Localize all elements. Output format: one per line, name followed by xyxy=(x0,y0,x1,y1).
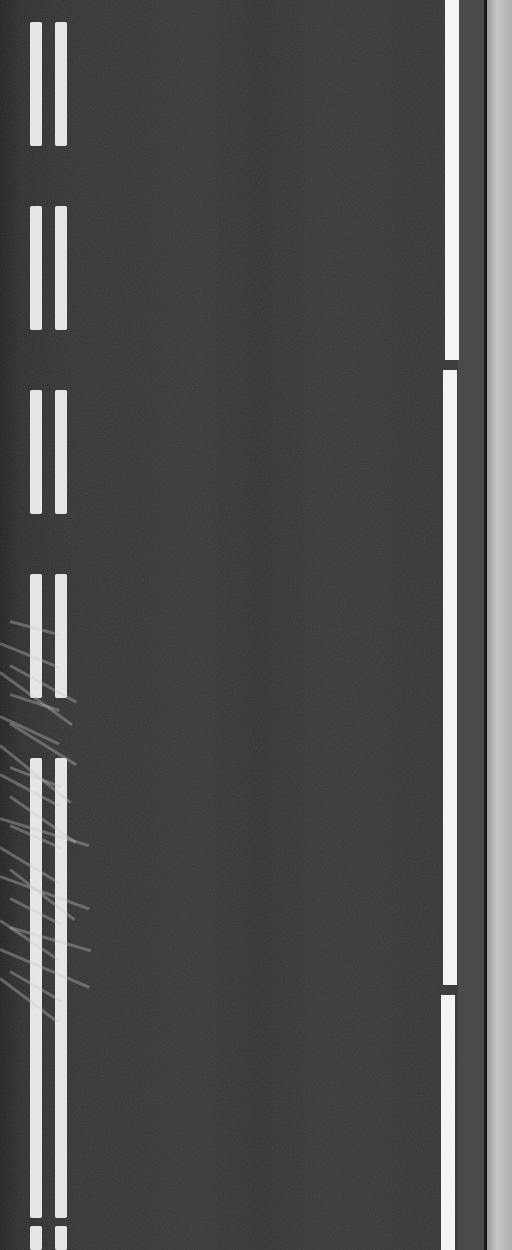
lane-dash xyxy=(30,206,42,330)
lane-dash xyxy=(55,206,67,330)
lane-dash xyxy=(55,22,67,146)
lane-dash xyxy=(30,1226,42,1250)
road-shoulder xyxy=(458,0,486,1250)
road-scene xyxy=(0,0,512,1250)
edge-line-segment xyxy=(443,370,457,985)
lane-dash xyxy=(55,1226,67,1250)
lane-dash xyxy=(30,390,42,514)
edge-line-segment xyxy=(441,995,455,1250)
lane-dash xyxy=(55,574,67,698)
edge-line-segment xyxy=(445,0,459,360)
asphalt-texture xyxy=(0,0,512,1250)
curb xyxy=(487,0,512,1250)
lane-dash xyxy=(55,390,67,514)
lane-dash xyxy=(30,22,42,146)
